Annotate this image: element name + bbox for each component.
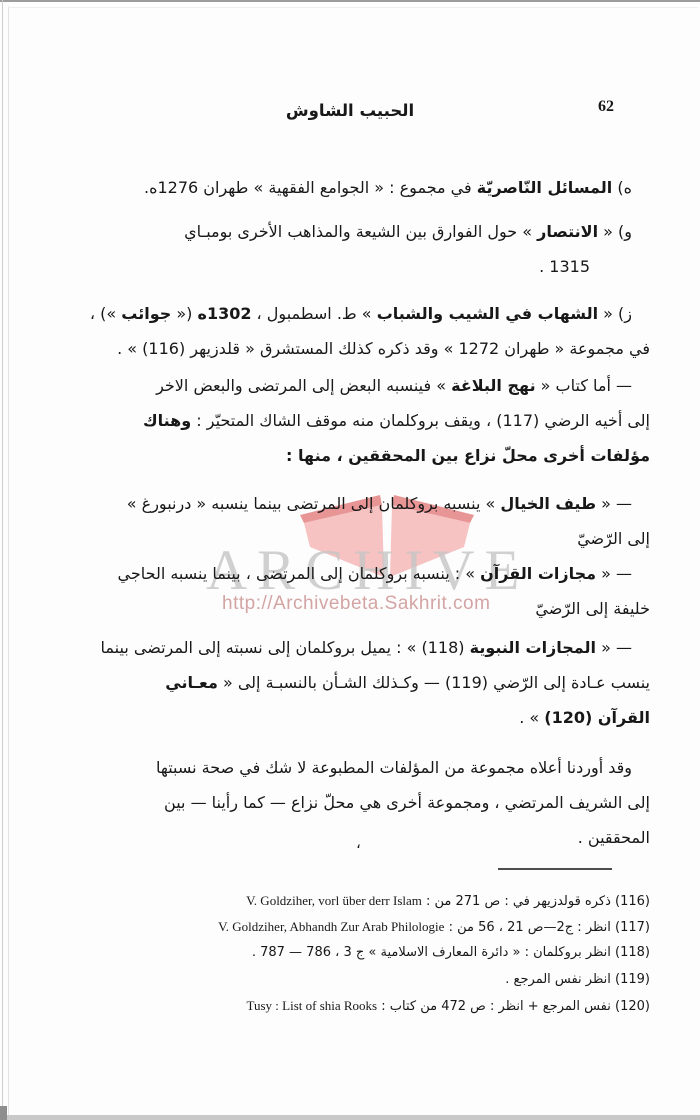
text-run: — «	[596, 638, 632, 657]
para-closing: وقد أوردنا أعلاه مجموعة من المؤلفات المط…	[50, 750, 650, 855]
footnote-120: (120) نفس المرجع + انظر : ص 472 من كتاب …	[50, 993, 650, 1020]
text-run: » حول الفوارق بين الشيعة والمذاهب الأخرى…	[184, 222, 537, 241]
text-run: إلى الشريف المرتضي ، ومجموعة أخرى هي محل…	[164, 793, 650, 812]
text-run: إلى أخيه الرضي (117) ، ويقف بروكلمان منه…	[191, 411, 650, 430]
text-line: وقد أوردنا أعلاه مجموعة من المؤلفات المط…	[50, 750, 650, 785]
text-run: » فينسبه البعض إلى المرتضى والبعض الاخر	[156, 376, 451, 395]
text-line: — « مجازات القرآن » : ينسبه بروكلمان إلى…	[50, 556, 650, 591]
text-line: مؤلفات أخرى محلّ نزاع بين المحققين ، منه…	[50, 438, 650, 473]
text-line: (118) انظر بروكلمان : « دائرة المعارف ال…	[50, 940, 650, 966]
bold-text-run: نهج البلاغة	[451, 376, 535, 395]
page-edge-bottom-nub	[0, 1106, 7, 1120]
bold-text-run: طيف الخيال	[500, 494, 596, 513]
footnote-116: (116) ذكره قولدزيهر في : ص 271 من : V. G…	[50, 888, 650, 915]
text-line: خليفة إلى الرّضيّ	[50, 591, 650, 626]
footnote-117: (117) انظر : ج2—ص 21 ، 56 من : V. Goldzi…	[50, 914, 650, 941]
text-run: المحققين .	[578, 828, 650, 847]
text-run: ينسب عـادة إلى الرّضي (119) — وكـذلك الش…	[218, 673, 650, 692]
text-line: (119) انظر نفس المرجع .	[50, 967, 650, 993]
text-run: — «	[596, 564, 632, 583]
text-line: ه) المسائل النّاصريّة في مجموع : « الجوا…	[50, 170, 650, 205]
text-line: 1315 .	[50, 249, 650, 284]
page-edge-left-inner	[8, 6, 9, 1120]
text-run: (118) انظر بروكلمان : « دائرة المعارف ال…	[252, 945, 650, 960]
text-run: (116) ذكره قولدزيهر في : ص 271 من :	[422, 894, 650, 909]
bold-text-run: 1302ه	[197, 304, 251, 323]
text-run: في مجموعة « طهران 1272 » وقد ذكره كذلك ا…	[117, 339, 650, 358]
text-line: — « المجازات النبوية (118) » : يميل بروك…	[50, 630, 650, 665]
bold-text-run: المسائل النّاصريّة	[477, 178, 613, 197]
text-run: (118) » : يميل بروكلمان إلى نسبته إلى ال…	[101, 638, 470, 657]
page-edge-top	[0, 0, 700, 2]
text-run: خليفة إلى الرّضيّ	[535, 599, 650, 618]
page-header-title: الحبيب الشاوش	[0, 101, 700, 120]
text-run: («	[171, 304, 197, 323]
text-run: و) «	[598, 222, 632, 241]
para-nahj: — أما كتاب « نهج البلاغة » فينسبه البعض …	[50, 368, 650, 473]
bold-text-run: الانتصار	[537, 222, 598, 241]
para-w: و) « الانتصار » حول الفوارق بين الشيعة و…	[50, 214, 650, 284]
text-run: » : ينسبه بروكلمان إلى المرتضى ، بينما ي…	[118, 564, 481, 583]
text-line: — « طيف الخيال » ينسبه بروكلمان إلى المر…	[50, 486, 650, 521]
footnote-separator-rule	[498, 868, 612, 870]
bold-text-run: وهناك	[143, 411, 191, 430]
para-tayf: — « طيف الخيال » ينسبه بروكلمان إلى المر…	[50, 486, 650, 556]
page-edge-inner-top	[8, 7, 698, 8]
text-run: (119) انظر نفس المرجع .	[505, 972, 650, 987]
text-run: ») ،	[90, 304, 121, 323]
text-run: (117) انظر : ج2—ص 21 ، 56 من :	[444, 920, 650, 935]
text-line: — أما كتاب « نهج البلاغة » فينسبه البعض …	[50, 368, 650, 403]
text-run: » ط. اسطمبول ،	[251, 304, 376, 323]
page-edge-bottom	[0, 1115, 700, 1120]
bold-text-run: المجازات النبوية	[470, 638, 596, 657]
text-run: » .	[519, 708, 544, 727]
para-z: ز) « الشهاب في الشيب والشباب » ط. اسطمبو…	[50, 296, 650, 366]
latin-citation: Tusy : List of shia Rooks	[246, 998, 377, 1013]
latin-citation: V. Goldziher, vorl über derr Islam	[246, 893, 422, 908]
stray-scan-mark: ،	[356, 834, 361, 852]
text-line: القرآن (120) » .	[50, 700, 650, 735]
scanned-book-page: ARCHIVE http://Archivebeta.Sakhrit.com ا…	[0, 0, 700, 1120]
bold-text-run: جوائب	[121, 304, 171, 323]
bold-text-run: الشهاب في الشيب والشباب	[377, 304, 598, 323]
text-run: (120) نفس المرجع + انظر : ص 472 من كتاب …	[377, 999, 650, 1014]
text-line: ز) « الشهاب في الشيب والشباب » ط. اسطمبو…	[50, 296, 650, 331]
text-line: المحققين .	[50, 820, 650, 855]
text-run: ز) «	[598, 304, 632, 323]
text-run: وقد أوردنا أعلاه مجموعة من المؤلفات المط…	[156, 758, 632, 777]
text-line: ينسب عـادة إلى الرّضي (119) — وكـذلك الش…	[50, 665, 650, 700]
text-line: إلى أخيه الرضي (117) ، ويقف بروكلمان منه…	[50, 403, 650, 438]
text-run: — أما كتاب «	[536, 376, 632, 395]
bold-text-run: معـاني	[165, 673, 218, 692]
latin-citation: V. Goldziher, Abhandh Zur Arab Philologi…	[218, 919, 444, 934]
footnote-119: (119) انظر نفس المرجع .	[50, 967, 650, 993]
text-line: (120) نفس المرجع + انظر : ص 472 من كتاب …	[50, 993, 650, 1020]
text-line: (116) ذكره قولدزيهر في : ص 271 من : V. G…	[50, 888, 650, 915]
bold-text-run: مؤلفات أخرى محلّ نزاع بين المحققين ، منه…	[286, 446, 650, 465]
para-h: ه) المسائل النّاصريّة في مجموع : « الجوا…	[50, 170, 650, 205]
para-majazat-nabawiya: — « المجازات النبوية (118) » : يميل بروك…	[50, 630, 650, 735]
text-run: ه)	[612, 178, 632, 197]
text-run: إلى الرّضيّ	[577, 529, 650, 548]
bold-text-run: القرآن (120)	[544, 708, 650, 727]
text-line: و) « الانتصار » حول الفوارق بين الشيعة و…	[50, 214, 650, 249]
page-edge-left-outer	[2, 0, 3, 1120]
footnote-118: (118) انظر بروكلمان : « دائرة المعارف ال…	[50, 940, 650, 966]
text-run: في مجموع : « الجوامع الفقهية » طهران 127…	[144, 178, 477, 197]
bold-text-run: مجازات القرآن	[480, 564, 596, 583]
page-number: 62	[598, 98, 614, 116]
text-run: 1315 .	[539, 257, 590, 276]
text-run: — «	[596, 494, 632, 513]
text-line: (117) انظر : ج2—ص 21 ، 56 من : V. Goldzi…	[50, 914, 650, 941]
para-majazat-quran: — « مجازات القرآن » : ينسبه بروكلمان إلى…	[50, 556, 650, 626]
text-line: إلى الرّضيّ	[50, 521, 650, 556]
text-line: إلى الشريف المرتضي ، ومجموعة أخرى هي محل…	[50, 785, 650, 820]
text-line: في مجموعة « طهران 1272 » وقد ذكره كذلك ا…	[50, 331, 650, 366]
text-run: » ينسبه بروكلمان إلى المرتضى بينما ينسبه…	[127, 494, 501, 513]
